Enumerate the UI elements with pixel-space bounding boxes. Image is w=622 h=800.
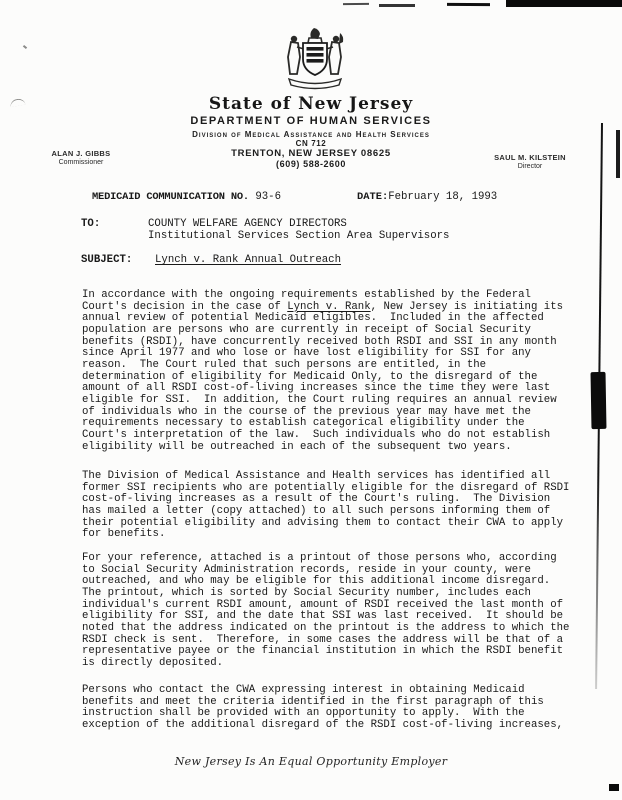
- nj-state-seal: [283, 27, 347, 93]
- communication-label: MEDICAID COMMUNICATION NO.: [92, 191, 249, 203]
- subject-text: Lynch v. Rank Annual Outreach: [155, 254, 341, 266]
- subject-label: SUBJECT:: [81, 254, 132, 266]
- paragraph-1: In accordance with the ongoing requireme…: [82, 290, 563, 453]
- paragraph-3: For your reference, attached is a printo…: [82, 553, 569, 670]
- scan-artifact-corner-bar: [506, 0, 622, 7]
- to-recipients: COUNTY WELFARE AGENCY DIRECTORS Institut…: [148, 218, 449, 243]
- paragraph-1-text-cont: , New Jersey is initiating its annual re…: [82, 301, 563, 453]
- state-name: State of New Jersey: [0, 94, 622, 114]
- director-title: Director: [488, 162, 572, 171]
- to-label: TO:: [81, 218, 100, 230]
- scanned-letter-page: State of New Jersey DEPARTMENT OF HUMAN …: [0, 0, 622, 800]
- paragraph-2: The Division of Medical Assistance and H…: [82, 471, 569, 541]
- division-name: Division of Medical Assistance and Healt…: [0, 130, 622, 139]
- director-block: SAUL M. KILSTEIN Director: [488, 153, 572, 171]
- scan-artifact-corner-dot: [609, 784, 619, 791]
- communication-number: 93-6: [255, 191, 281, 203]
- date-value: February 18, 1993: [388, 191, 497, 203]
- date-line: DATE:February 18, 1993: [357, 191, 497, 203]
- communication-number-line: MEDICAID COMMUNICATION NO. 93-6: [92, 191, 281, 203]
- scan-artifact-tick: [23, 45, 27, 49]
- department-name: DEPARTMENT OF HUMAN SERVICES: [0, 115, 622, 127]
- date-label: DATE:: [357, 191, 388, 203]
- scan-artifact-streak: [447, 3, 490, 6]
- scan-artifact-streak: [343, 3, 369, 5]
- commissioner-block: ALAN J. GIBBS Commissioner: [36, 149, 126, 167]
- commissioner-name: ALAN J. GIBBS: [36, 149, 126, 158]
- po-box: CN 712: [0, 139, 622, 148]
- case-citation: Lynch v. Rank: [287, 301, 370, 313]
- equal-opportunity-footer: New Jersey Is An Equal Opportunity Emplo…: [0, 755, 622, 768]
- scan-artifact-streak: [379, 4, 415, 7]
- commissioner-title: Commissioner: [36, 158, 126, 167]
- paragraph-4: Persons who contact the CWA expressing i…: [82, 685, 563, 732]
- scan-artifact-blob: [591, 372, 607, 429]
- director-name: SAUL M. KILSTEIN: [488, 153, 572, 162]
